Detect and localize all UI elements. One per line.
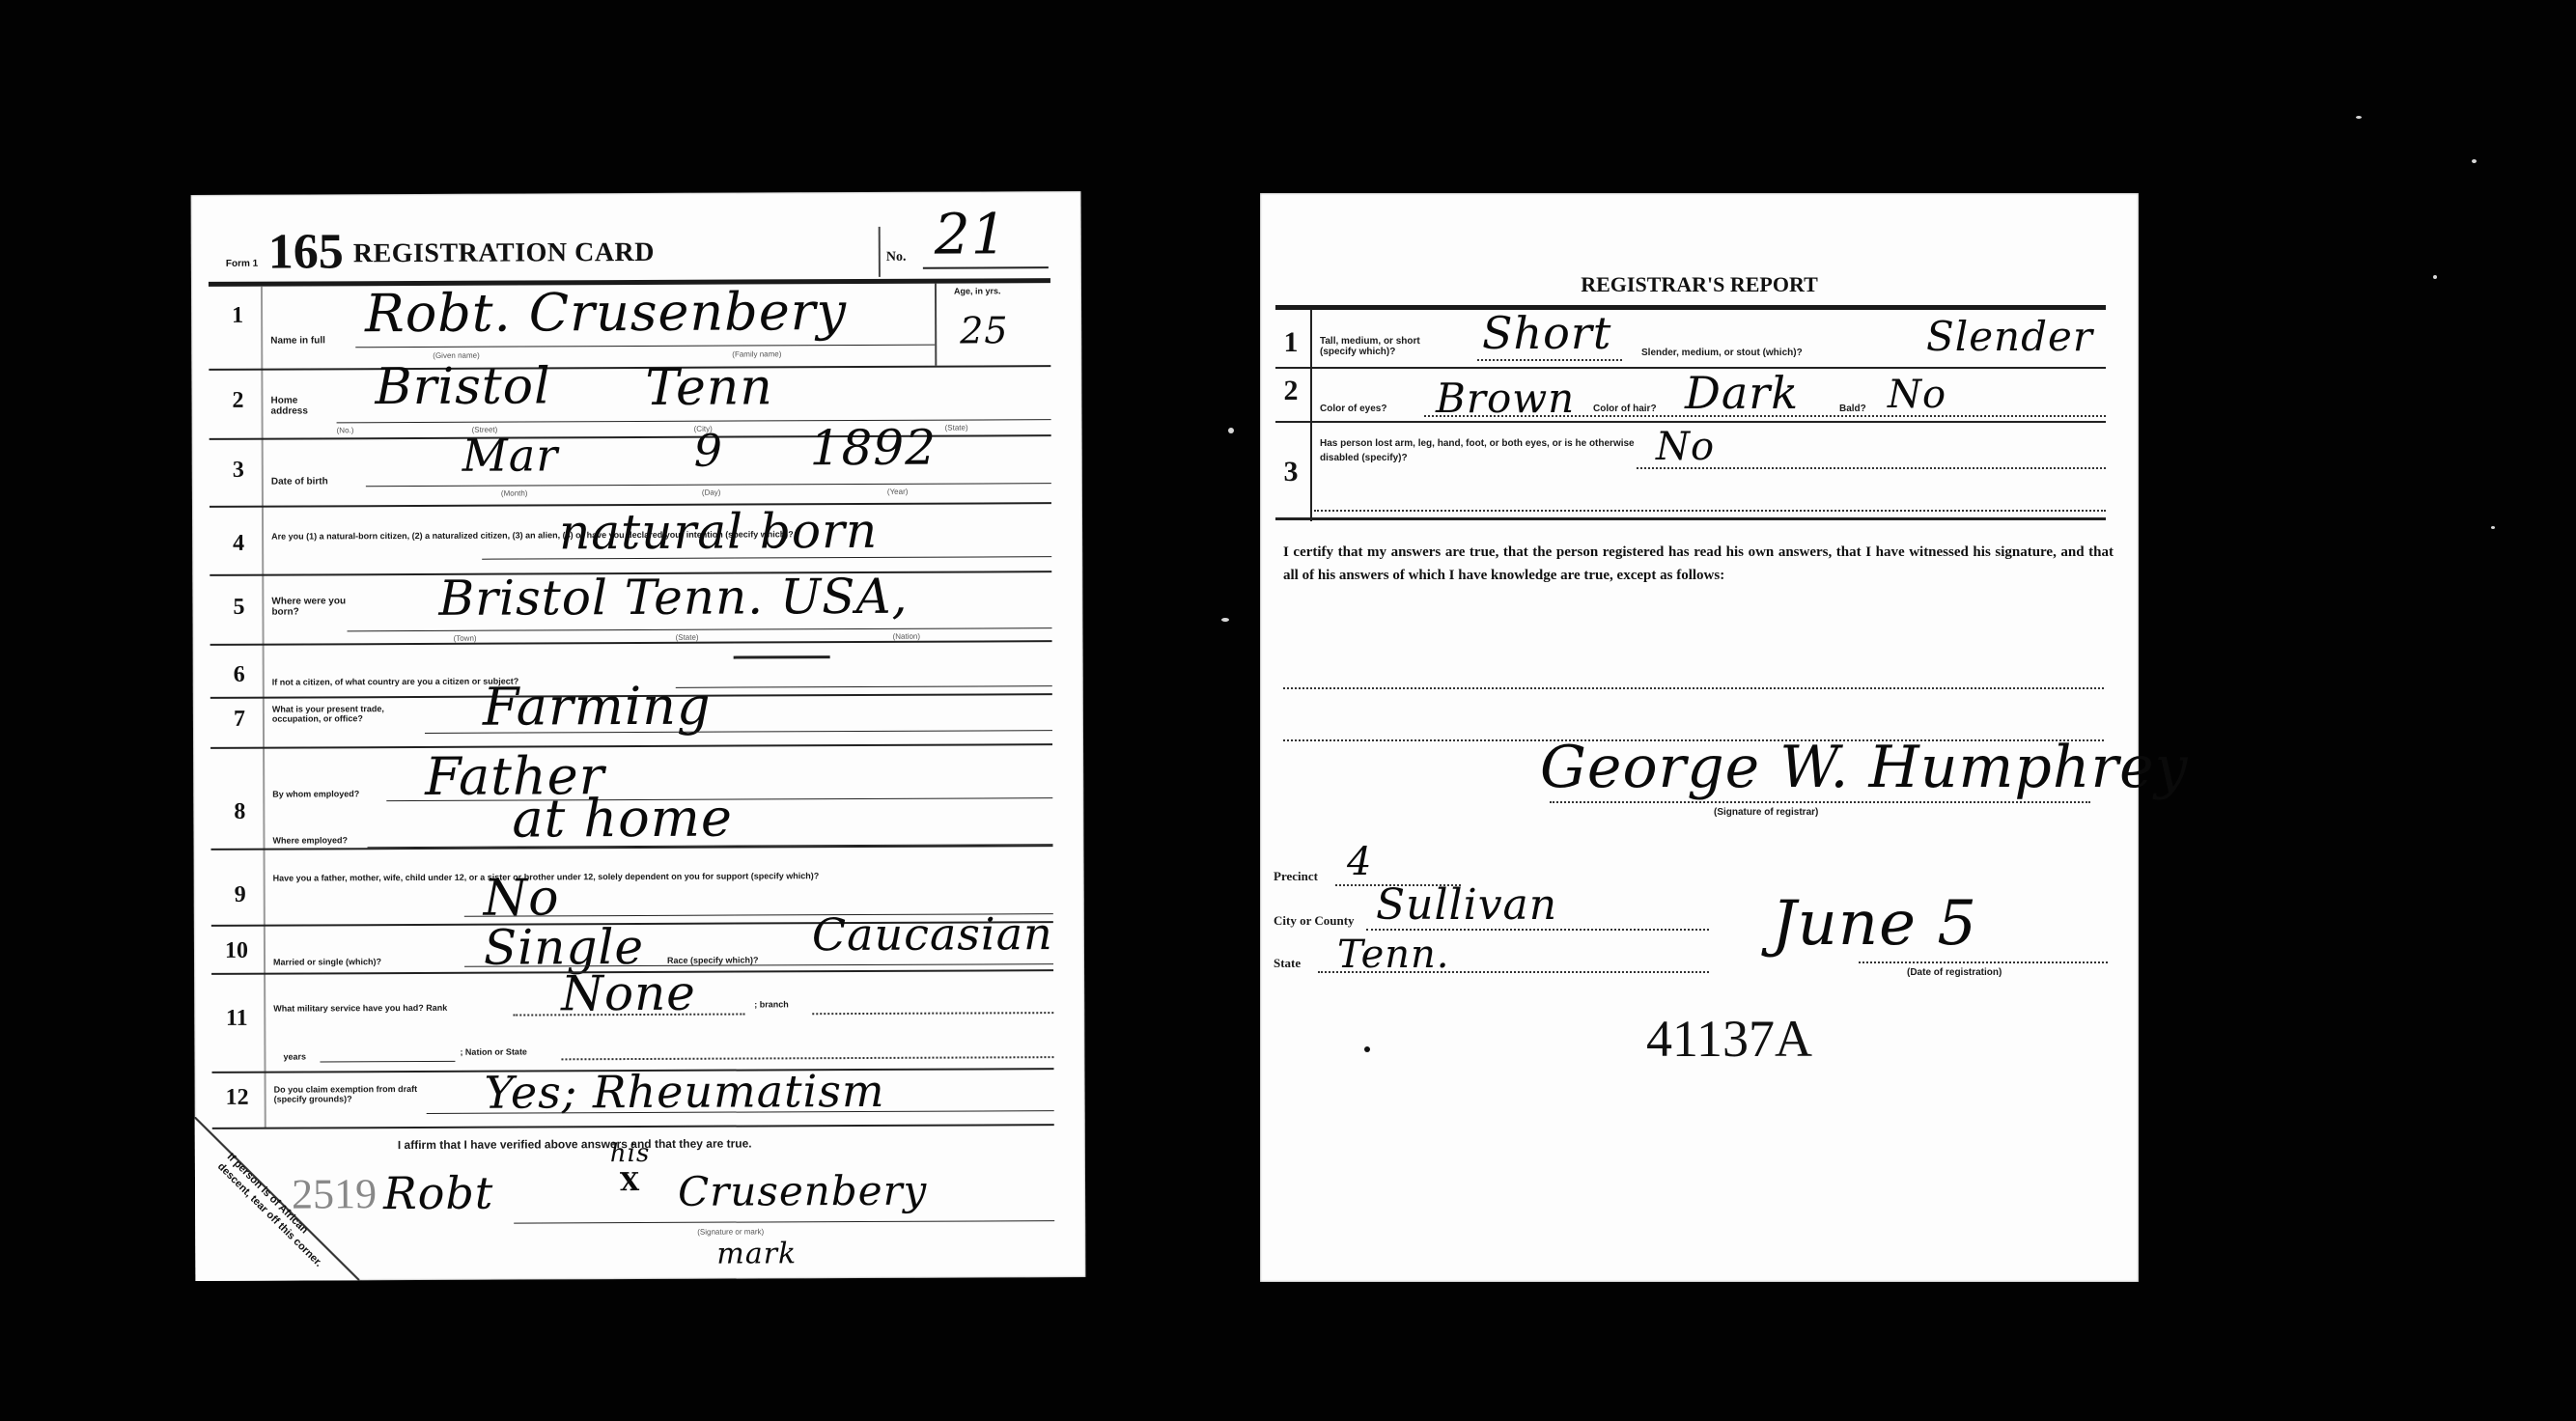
age-divider [935, 284, 937, 366]
row-number: 6 [222, 662, 257, 688]
build-label: Slender, medium, or stout (which)? [1641, 348, 1803, 358]
nation-state-line [561, 1056, 1053, 1060]
signature-mark-word: mark [716, 1237, 797, 1270]
background-speck [2491, 526, 2495, 529]
height-label: Tall, medium, or short (specify which)? [1320, 336, 1436, 357]
birth-date-label: Date of birth [271, 476, 328, 487]
occupation-value: Farming [483, 676, 712, 738]
nation-sublabel: (Nation) [893, 632, 920, 641]
nation-state-label: ; Nation or State [460, 1047, 527, 1057]
race-value: Caucasian [812, 907, 1053, 961]
bald-label: Bald? [1839, 404, 1866, 414]
birthplace-value: Bristol Tenn. USA, [438, 569, 908, 627]
margin-rule [1310, 309, 1312, 521]
row-number: 4 [221, 531, 256, 557]
affirmation-text: I affirm that I have verified above answ… [398, 1136, 752, 1152]
registration-date-value: June 5 [1772, 888, 1977, 960]
row-number: 3 [221, 458, 256, 484]
row-divider [210, 743, 1052, 749]
row-divider [1275, 421, 2106, 423]
card-title: REGISTRATION CARD [353, 237, 655, 269]
build-value: Slender [1926, 313, 2093, 360]
exemption-label: Do you claim exemption from draft (speci… [274, 1084, 419, 1104]
row-divider [209, 365, 1050, 371]
height-value: Short [1482, 307, 1611, 359]
disability-line-2 [1314, 510, 2106, 512]
background-speck [1221, 618, 1229, 622]
background-speck [2433, 275, 2437, 279]
day-sublabel: (Day) [702, 488, 721, 497]
disability-label: Has person lost arm, leg, hand, foot, or… [1320, 436, 1638, 465]
row-number: 1 [220, 303, 255, 329]
registration-date-label: (Date of registration) [1907, 967, 2002, 978]
years-line [320, 1061, 455, 1063]
row-number: 11 [219, 1006, 254, 1032]
hair-color-label: Color of hair? [1593, 404, 1657, 414]
year-sublabel: (Year) [887, 488, 909, 496]
employment-place-value: at home [512, 788, 733, 850]
address-state-value: Tenn [645, 358, 773, 417]
row-number: 3 [1274, 456, 1308, 488]
row-divider [210, 640, 1052, 646]
registration-card: Form 1 165 REGISTRATION CARD No. 21 1 Na… [191, 191, 1086, 1281]
form-label: Form 1 [226, 259, 258, 269]
background-speck [2472, 159, 2477, 163]
registration-number: 41137A [1646, 1009, 1812, 1069]
registrar-signature-label: (Signature of registrar) [1714, 807, 1818, 818]
row-number: 2 [220, 388, 255, 414]
state-line [1318, 971, 1709, 973]
dash-mark [734, 655, 830, 658]
signature-last-name: Crusenbery [678, 1167, 927, 1215]
signature-label: (Signature or mark) [697, 1227, 764, 1236]
registrar-signature: George W. Humphrey [1540, 734, 2189, 801]
employer-label: By whom employed? [272, 789, 359, 798]
row-number: 10 [219, 938, 254, 964]
row-number: 5 [221, 595, 256, 621]
registrar-signature-line [1550, 801, 2090, 803]
background-speck [1228, 428, 1234, 433]
precinct-value: 4 [1347, 840, 1372, 884]
state-sublabel: (State) [676, 633, 699, 642]
disability-value: No [1656, 425, 1715, 469]
signature-line [514, 1220, 1054, 1223]
birth-month-value: Mar [462, 429, 559, 481]
report-title: REGISTRAR'S REPORT [1260, 272, 2139, 297]
birth-year-value: 1892 [810, 420, 938, 477]
background-speck [2356, 116, 2362, 119]
row-number: 12 [220, 1085, 255, 1111]
form-number: 165 [268, 223, 344, 280]
address-street-value: Bristol [375, 357, 550, 416]
row2-line [1424, 415, 2106, 417]
exception-line-1 [1283, 687, 2104, 689]
precinct-label: Precinct [1274, 869, 1318, 884]
header-divider [879, 227, 881, 277]
occupation-label: What is your present trade, occupation, … [272, 704, 407, 724]
years-label: years [283, 1052, 306, 1062]
row-number: 2 [1274, 375, 1308, 407]
no-sublabel: (No.) [337, 426, 354, 434]
month-sublabel: (Month) [501, 488, 528, 497]
branch-label: ; branch [754, 999, 789, 1009]
signature-mark-x: X [620, 1168, 640, 1197]
name-label: Name in full [270, 335, 325, 346]
hair-color-value: Dark [1685, 367, 1799, 419]
birth-date-line [366, 483, 1051, 487]
address-label: Home address [270, 395, 328, 416]
race-label: Race (specify which)? [667, 955, 759, 964]
family-name-sublabel: (Family name) [732, 349, 781, 358]
branch-line [812, 1012, 1053, 1015]
eye-color-label: Color of eyes? [1320, 404, 1386, 414]
registrars-report-card: REGISTRAR'S REPORT 1 Tall, medium, or sh… [1260, 193, 2139, 1282]
row-divider [1275, 517, 2106, 520]
row-number: 8 [222, 799, 257, 825]
city-county-label: City or County [1274, 913, 1355, 929]
age-label: Age, in yrs. [954, 286, 1001, 295]
name-line [355, 345, 935, 348]
serial-label: No. [886, 250, 907, 265]
header-rule [1275, 305, 2106, 310]
row-number: 7 [222, 707, 257, 733]
birthplace-line [348, 627, 1052, 631]
foreign-citizenship-line [676, 685, 1052, 688]
state-sublabel: (State) [945, 424, 968, 432]
address-line [337, 419, 1051, 423]
signature-his: his [610, 1139, 651, 1168]
birthplace-label: Where were you born? [271, 596, 349, 617]
state-label: State [1274, 956, 1301, 971]
employment-place-label: Where employed? [272, 835, 348, 845]
city-county-value: Sullivan [1376, 880, 1557, 930]
certification-text: I certify that my answers are true, that… [1283, 541, 2114, 587]
town-sublabel: (Town) [454, 634, 477, 643]
birth-day-value: 9 [694, 425, 724, 477]
military-service-label: What military service have you had? Rank [273, 1003, 447, 1014]
signature-first-name: Robt [383, 1167, 494, 1219]
registration-date-line [1859, 961, 2108, 963]
ink-dot [1364, 1046, 1370, 1052]
serial-line [923, 266, 1049, 269]
name-value: Robt. Crusenbery [365, 281, 847, 344]
row-number: 1 [1274, 326, 1308, 359]
bald-value: No [1888, 373, 1946, 417]
citizenship-value: natural born [559, 503, 878, 560]
marital-status-label: Married or single (which)? [273, 957, 381, 966]
dependents-label: Have you a father, mother, wife, child u… [273, 850, 1046, 902]
disability-line [1637, 467, 2106, 469]
age-value: 25 [960, 309, 1009, 351]
serial-number: 21 [935, 201, 1008, 266]
row-number: 9 [223, 882, 258, 908]
height-line [1477, 359, 1622, 361]
margin-rule [261, 287, 266, 1128]
city-county-line [1366, 929, 1709, 931]
